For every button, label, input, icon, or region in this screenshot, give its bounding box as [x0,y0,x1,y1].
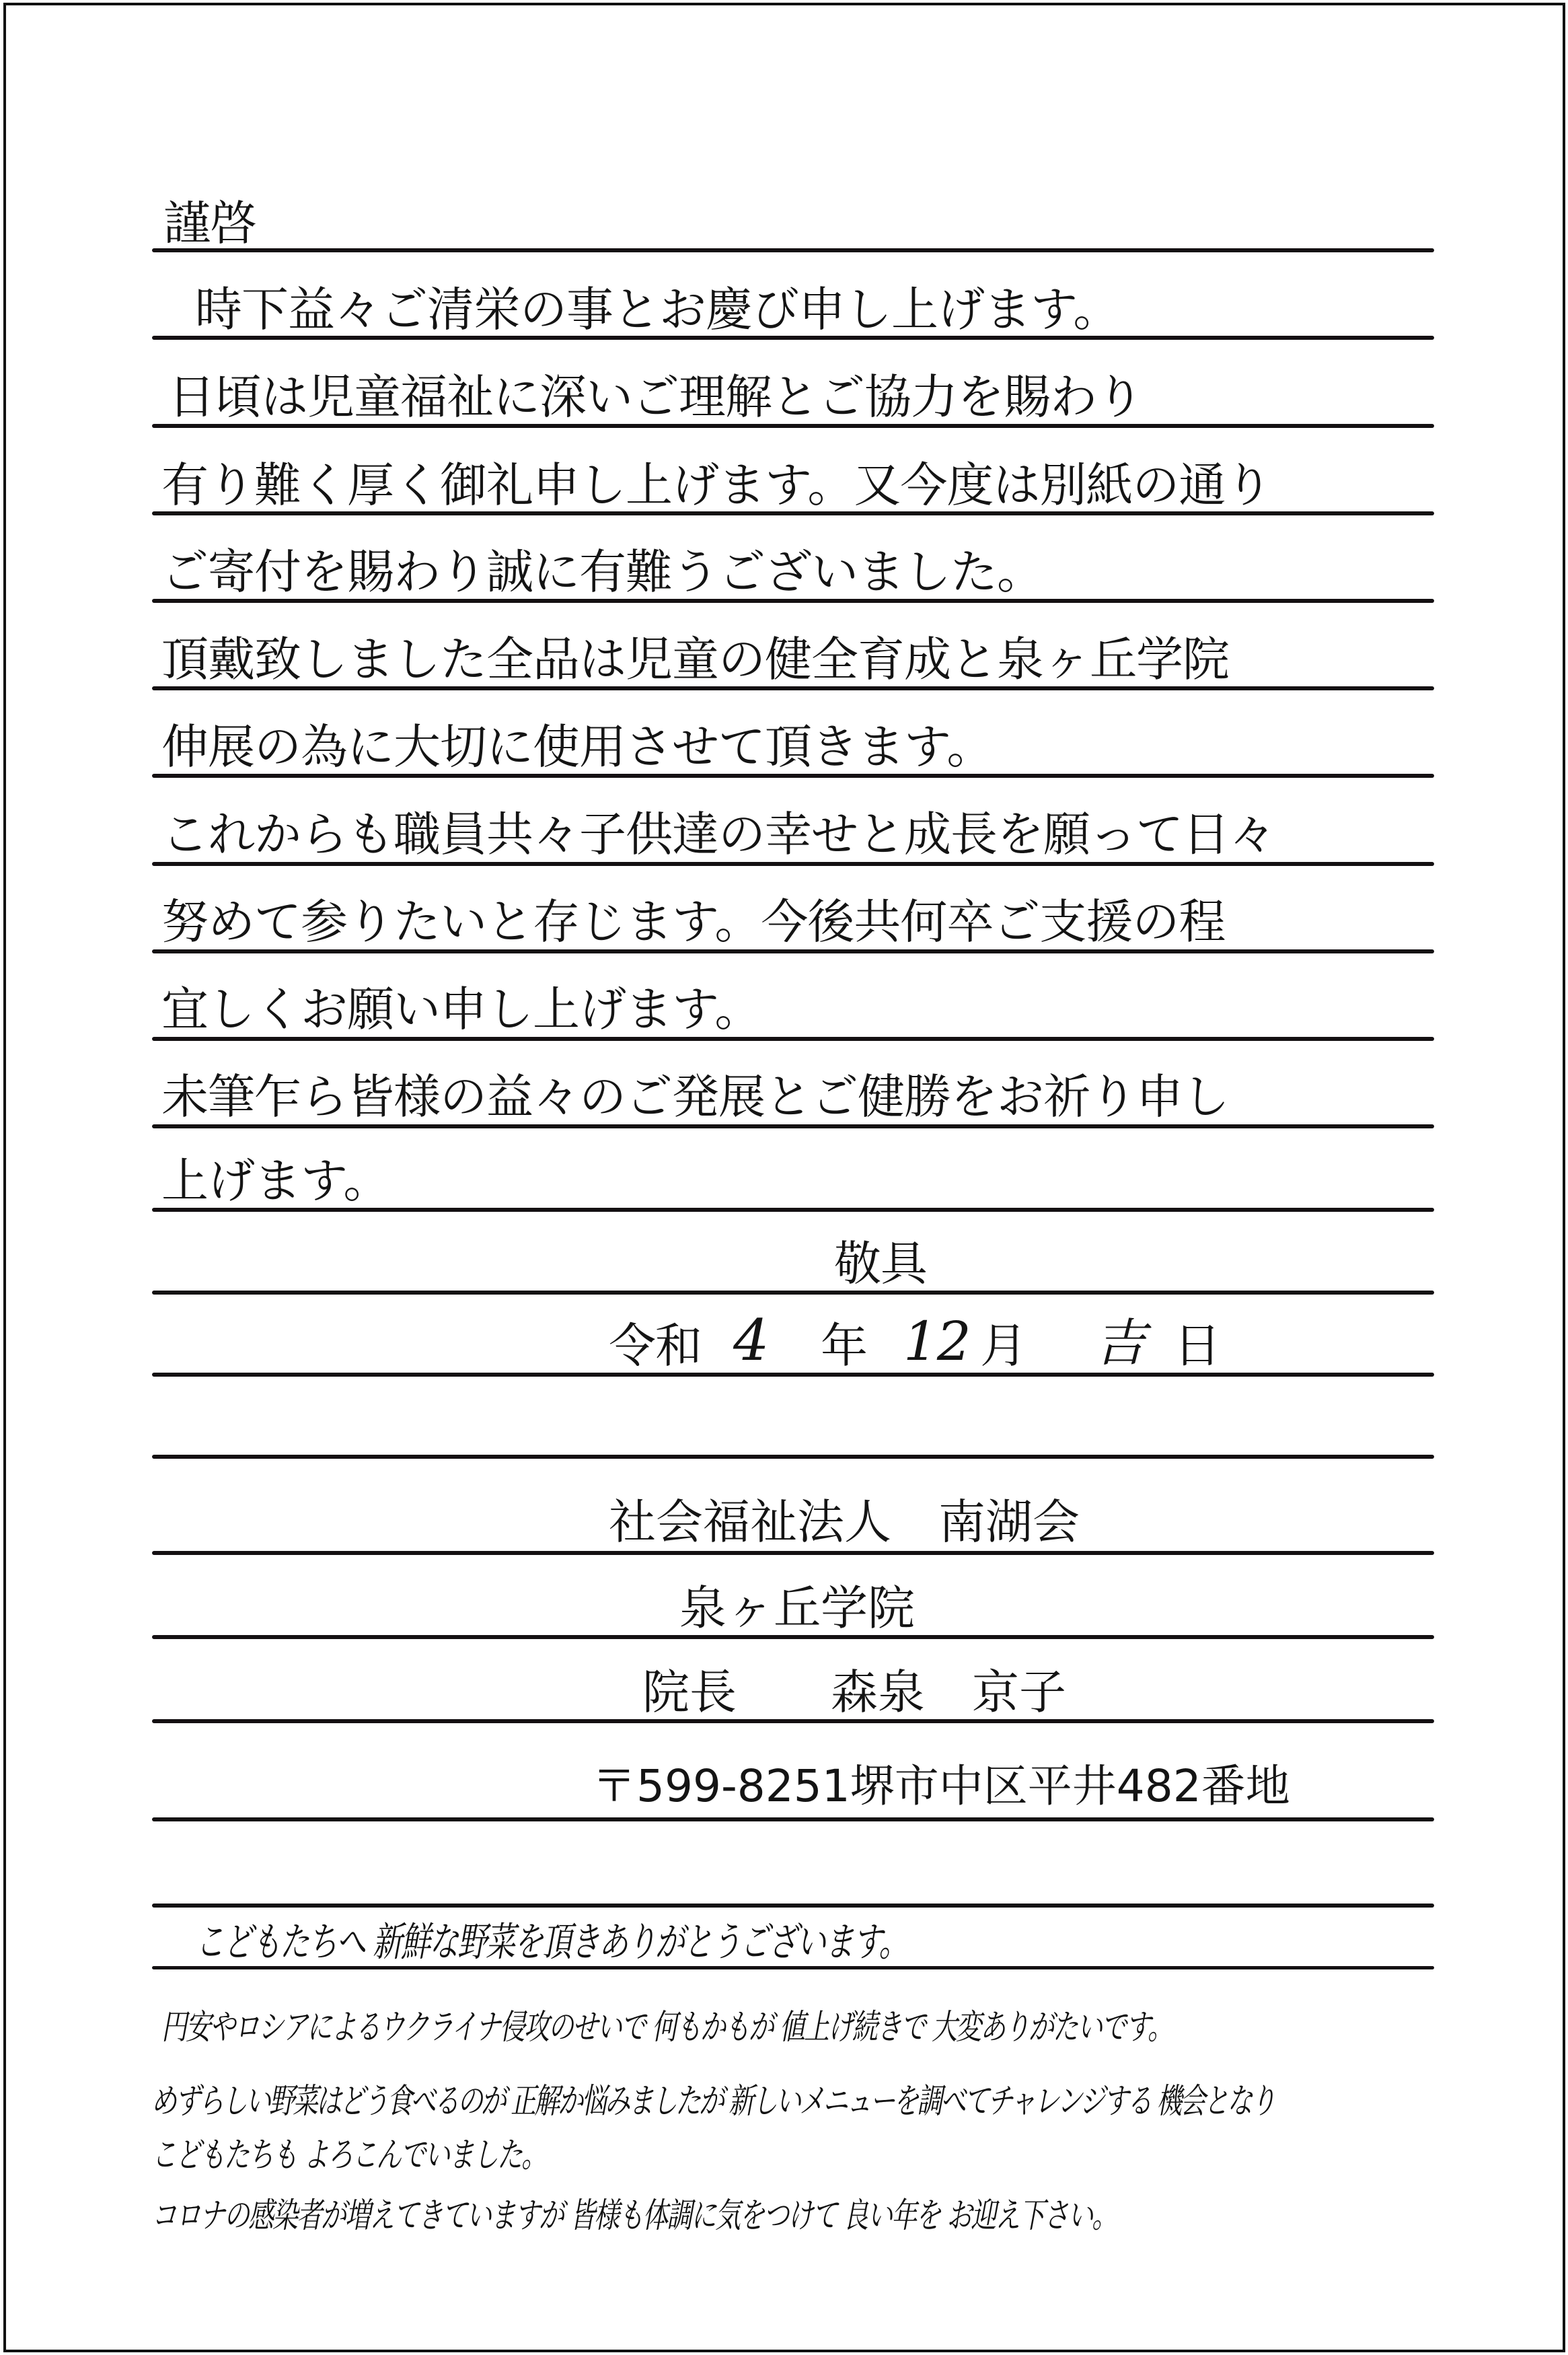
body-line: 時下益々ご清栄の事とお慶び申し上げます。 [195,283,1119,336]
body-line: 未筆乍ら皆様の益々のご発展とご健勝をお祈り申し [161,1070,1229,1124]
body-line: ご寄付を賜わり誠に有難うございました。 [161,545,1043,599]
body-line: 頂戴致しました全品は児童の健全育成と泉ヶ丘学院 [161,632,1229,686]
ruled-line [152,1455,1434,1459]
date-era: 令和 [609,1319,702,1373]
body-line: これからも職員共々子供達の幸せと成長を願って日々 [161,807,1275,861]
ruled-line [152,1291,1434,1295]
handwritten-note-line: めずらしい野菜はどう食べるのが 正解か悩みましたが 新しいメニューを調べてチャレ… [151,2073,1274,2123]
body-line: 日頃は児童福祉に深いご理解とご協力を賜わり [168,370,1143,424]
date-year-unit: 年 [821,1319,867,1373]
ruled-line [152,1904,1434,1908]
handwritten-note-line: こどもたちへ 新鮮な野菜を頂きありがとうございます。 [195,1910,907,1967]
sender-title-name: 院長 森泉 京子 [642,1665,1066,1719]
body-line: 宜しくお願い申し上げます。 [161,982,761,1036]
body-line: 上げます。 [161,1154,389,1208]
handwritten-note-line: 円安やロシアによるウクライナ侵攻のせいで 何もかもが 値上げ続きで 大変ありがた… [161,1999,1172,2049]
handwritten-note-line: こどもたちも よろこんでいました。 [151,2127,546,2177]
body-line: 努めて参りたいと存じます。今後共何卒ご支援の程 [161,895,1225,949]
date-day-unit: 日 [1174,1319,1220,1373]
body-line: 有り難く厚く御礼申し上げます。又今度は別紙の通り [161,458,1271,512]
sender-address: 〒599-8251堺市中区平井482番地 [592,1760,1290,1813]
ruled-line [152,862,1434,866]
ruled-line [152,1551,1434,1555]
date-day: 吉 [1094,1316,1145,1370]
salutation: 謹啓 [163,196,256,250]
handwritten-note-line: コロナの感染者が増えてきていますが 皆様も体調に気をつけて 良い年を お迎え下さ… [151,2187,1116,2237]
ruled-line [152,248,1434,252]
date-year: 4 [733,1313,768,1367]
date-month-unit: 月 [980,1319,1026,1373]
ruled-line [152,1037,1434,1041]
sender-organization: 社会福祉法人 南湖会 [609,1495,1080,1549]
date-month: 12 [903,1315,971,1369]
ruled-line [152,949,1434,953]
ruled-line [152,1124,1434,1128]
closing: 敬具 [834,1237,927,1291]
ruled-line [152,1817,1434,1821]
ruled-line [152,1373,1434,1377]
body-line: 伸展の為に大切に使用させて頂きます。 [161,720,993,774]
sender-facility: 泉ヶ丘学院 [679,1581,915,1635]
